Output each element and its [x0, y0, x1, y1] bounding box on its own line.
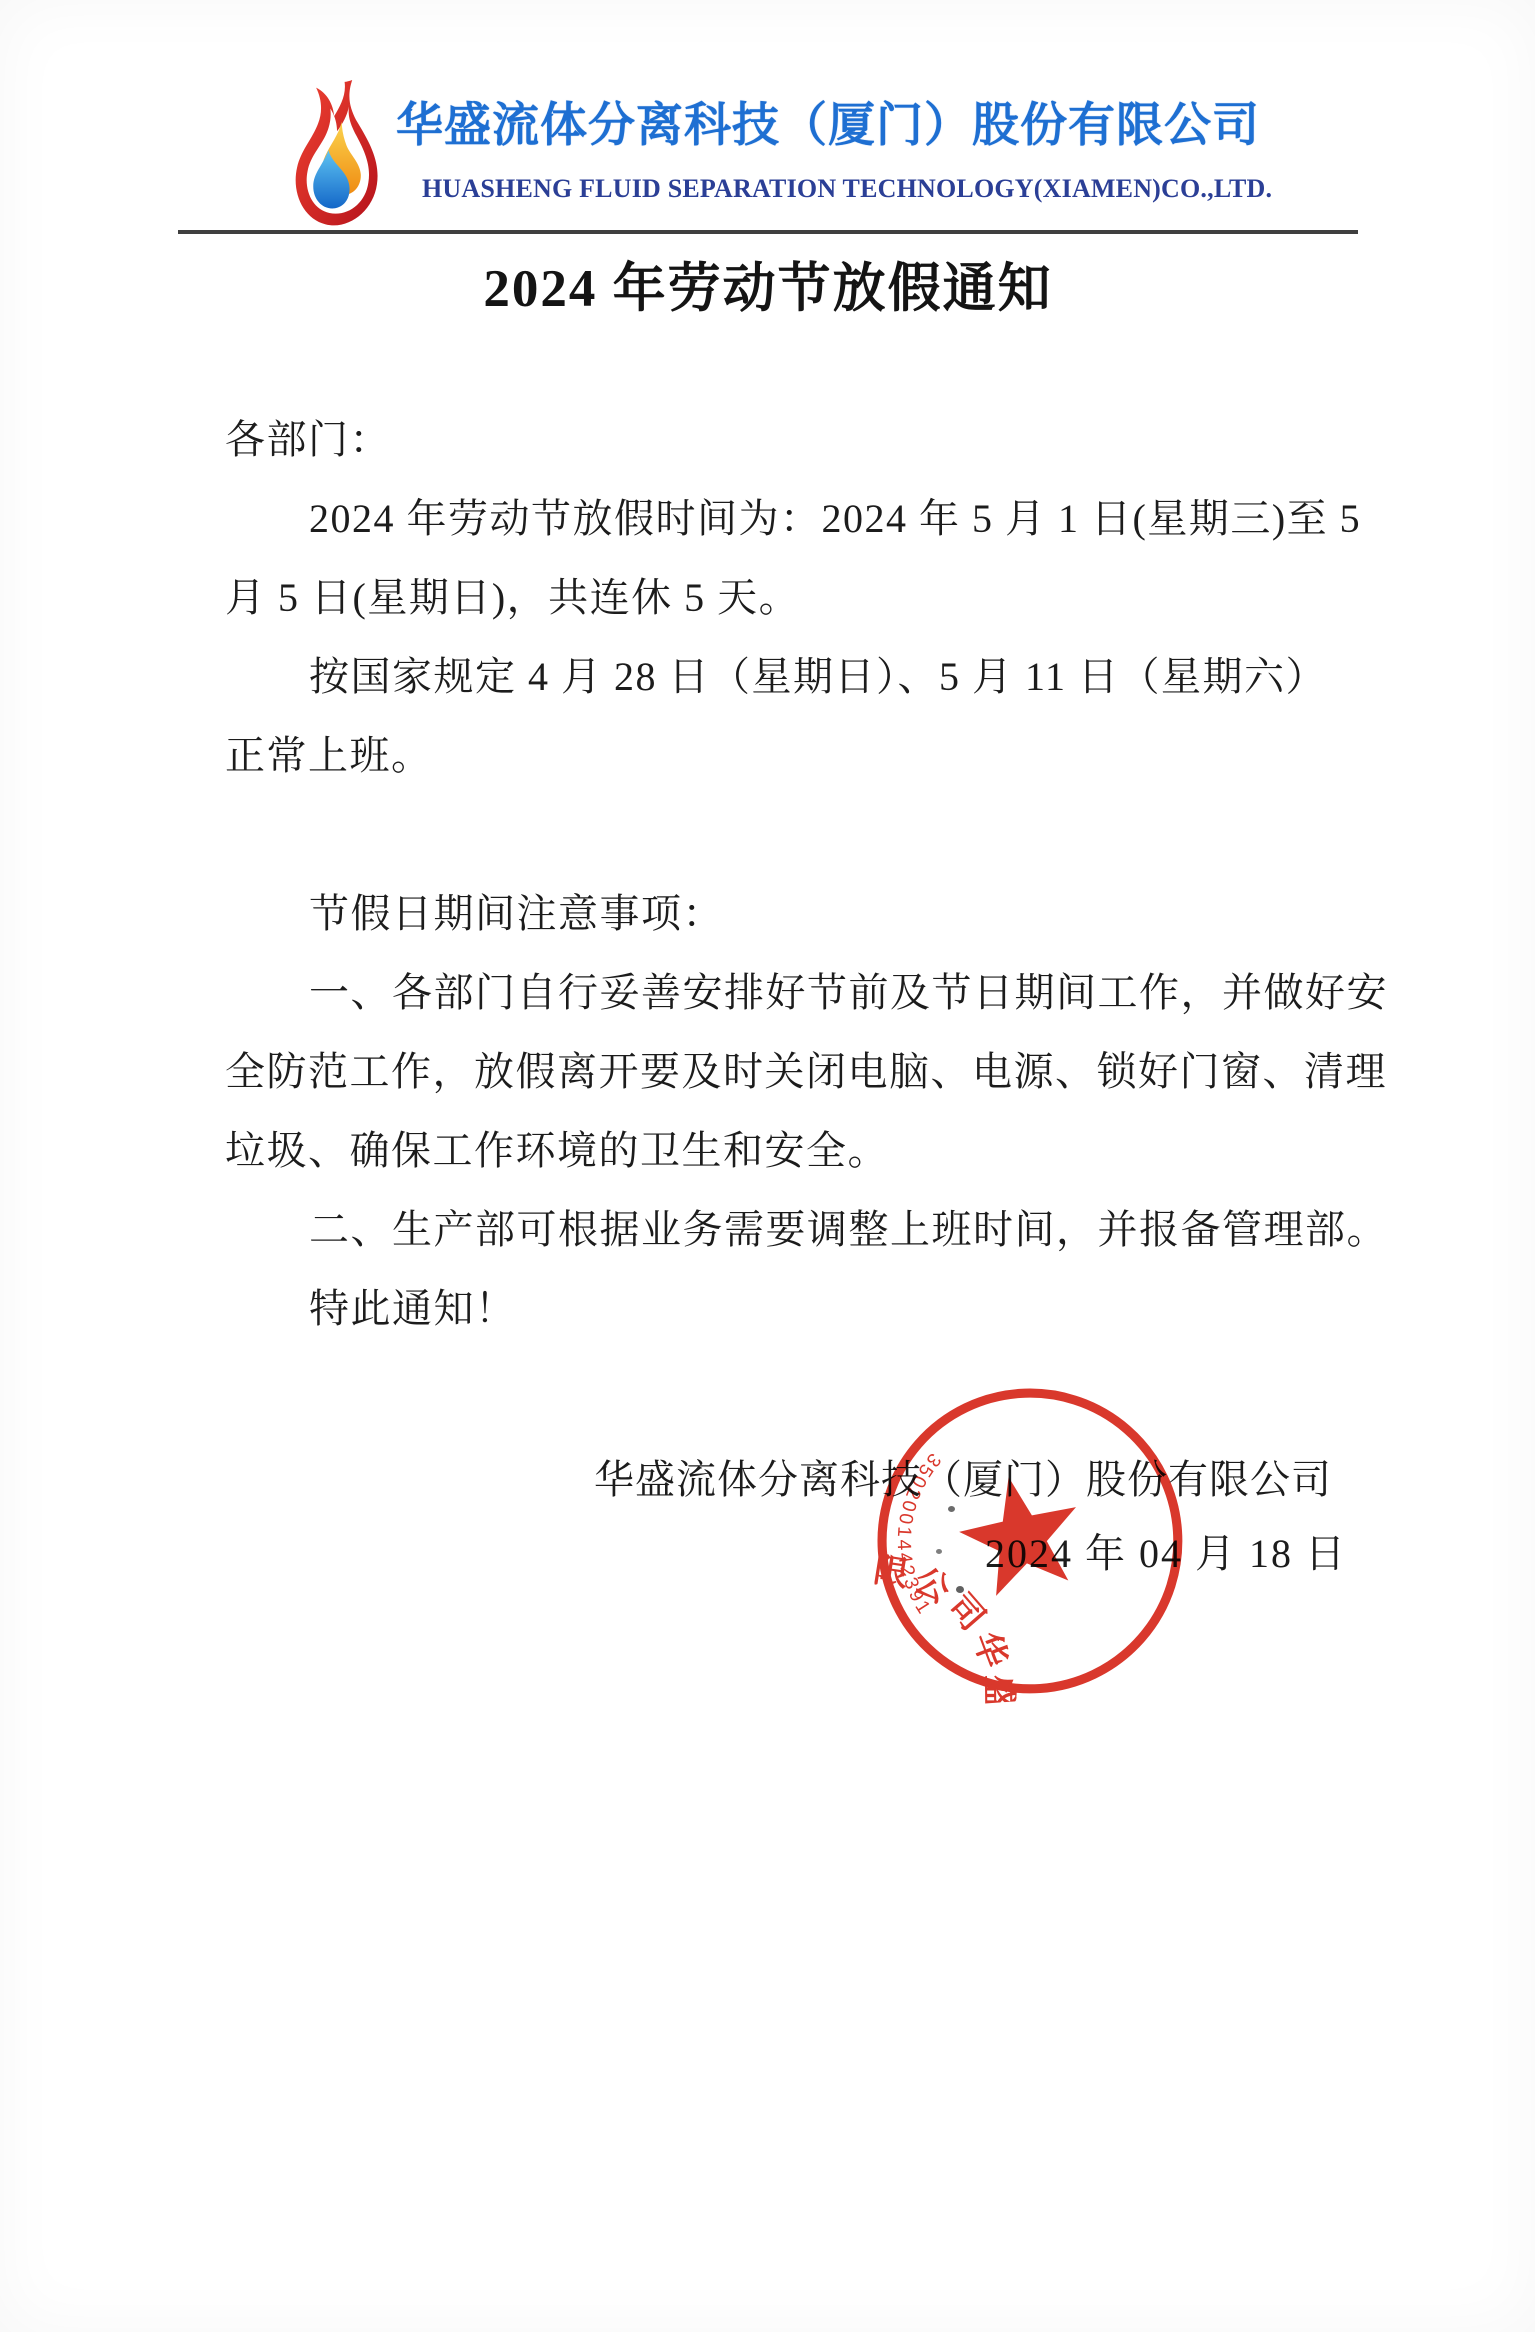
notice-body: 各部门：2024 年劳动节放假时间为：2024 年 5 月 1 日(星期三)至 … [225, 400, 1365, 1348]
body-line: 全防范工作，放假离开要及时关闭电脑、电源、锁好门窗、清理 [225, 1032, 1365, 1111]
document-page: 华盛流体分离科技（厦门）股份有限公司 HUASHENG FLUID SEPARA… [0, 0, 1535, 2332]
body-line [225, 795, 1365, 874]
company-seal: 华盛流体分离科技（厦门）股份有限公司 3502001442391 [861, 1373, 1198, 1710]
notice-title: 2024 年劳动节放假通知 [178, 246, 1358, 322]
body-line: 按国家规定 4 月 28 日（星期日）、5 月 11 日（星期六） [225, 637, 1365, 716]
body-line: 2024 年劳动节放假时间为：2024 年 5 月 1 日(星期三)至 5 [225, 479, 1365, 558]
body-line: 节假日期间注意事项： [225, 874, 1365, 953]
body-line: 特此通知！ [225, 1269, 1365, 1348]
company-name-zh: 华盛流体分离科技（厦门）股份有限公司 [396, 94, 1260, 156]
body-line: 月 5 日(星期日)，共连休 5 天。 [225, 558, 1365, 637]
body-line: 二、生产部可根据业务需要调整上班时间，并报备管理部。 [225, 1190, 1365, 1269]
body-line: 一、各部门自行妥善安排好节前及节日期间工作，并做好安 [225, 953, 1365, 1032]
seal-star-icon [956, 1473, 1082, 1599]
body-line: 各部门： [225, 400, 1365, 479]
header-divider [178, 230, 1358, 234]
body-line: 正常上班。 [225, 716, 1365, 795]
company-logo-flame-icon [288, 80, 386, 232]
body-line: 垃圾、确保工作环境的卫生和安全。 [225, 1111, 1365, 1190]
company-name-en: HUASHENG FLUID SEPARATION TECHNOLOGY(XIA… [422, 172, 1272, 206]
